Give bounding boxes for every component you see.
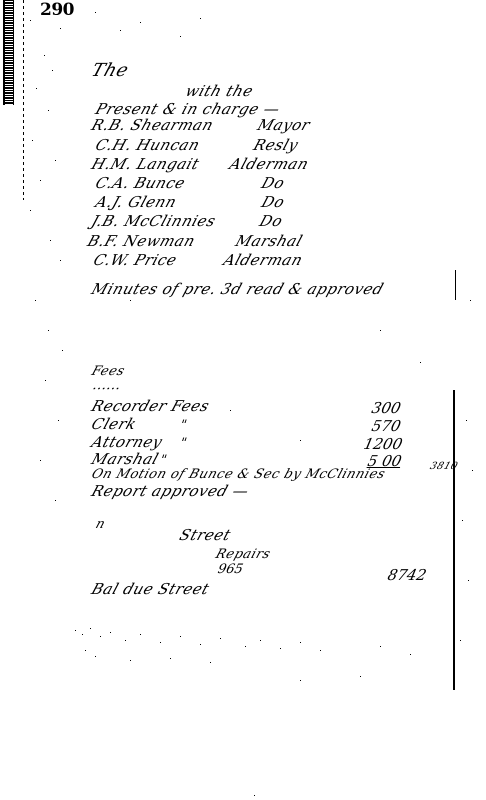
right-column-rule <box>453 390 455 690</box>
right-column-rule-top <box>455 270 456 300</box>
member-name: C.A. Bunce <box>94 176 188 191</box>
ledger-page: 290 The with the Present & in charge — R… <box>0 0 486 800</box>
motion-amount: 3810 <box>428 462 459 472</box>
account-label: Recorder Fees <box>90 399 212 414</box>
street-marker: n <box>94 518 107 531</box>
ditto-mark: " <box>158 454 169 467</box>
motion-line: On Motion of Bunce & Sec by McClinnies <box>90 468 387 481</box>
member-name: C.H. Huncan <box>94 138 202 153</box>
report-line: Report approved — <box>90 484 251 499</box>
page-number: 290 <box>40 0 74 20</box>
minutes-line: Minutes of pre. 3d read & approved <box>90 282 386 297</box>
member-name: A.J. Glenn <box>94 195 179 210</box>
member-name: J.B. McClinnies <box>90 214 218 229</box>
member-name: H.M. Langait <box>90 157 202 172</box>
account-label: Marshal <box>90 452 161 467</box>
opening-word: The <box>89 62 131 80</box>
member-name: C.W. Price <box>92 253 179 268</box>
accounts-subheading: ······ <box>90 383 122 396</box>
account-amount: 570 <box>370 417 402 435</box>
scan-speckle-texture <box>0 0 486 800</box>
ditto-mark: " <box>178 437 189 450</box>
member-name: R.B. Shearman <box>90 118 216 133</box>
account-label: Clerk <box>90 417 139 432</box>
street-title: Street <box>178 528 233 543</box>
balance-label: Bal due Street <box>90 582 212 597</box>
account-label: Attorney <box>90 435 165 450</box>
margin-rule <box>23 0 24 200</box>
member-name: B.F. Newman <box>86 234 197 249</box>
account-amount: 300 <box>370 399 402 417</box>
member-title: Resly <box>252 138 301 153</box>
street-subtitle: Repairs <box>214 548 272 561</box>
member-title: Alderman <box>222 253 305 268</box>
member-title: Alderman <box>228 157 311 172</box>
member-title: Mayor <box>256 118 312 133</box>
account-amount: 1200 <box>362 435 404 453</box>
member-title: Do <box>260 195 287 210</box>
member-title: Do <box>258 214 285 229</box>
header-with: with the <box>184 84 256 99</box>
street-balance-amount: 8742 <box>386 566 428 584</box>
ditto-mark: " <box>178 419 189 432</box>
street-sub-amount: 965 <box>216 562 244 577</box>
attendance-intro: Present & in charge — <box>94 102 282 117</box>
accounts-heading: Fees <box>90 365 127 378</box>
member-title: Do <box>260 176 287 191</box>
binding-edge <box>3 0 14 105</box>
member-title: Marshal <box>234 234 305 249</box>
